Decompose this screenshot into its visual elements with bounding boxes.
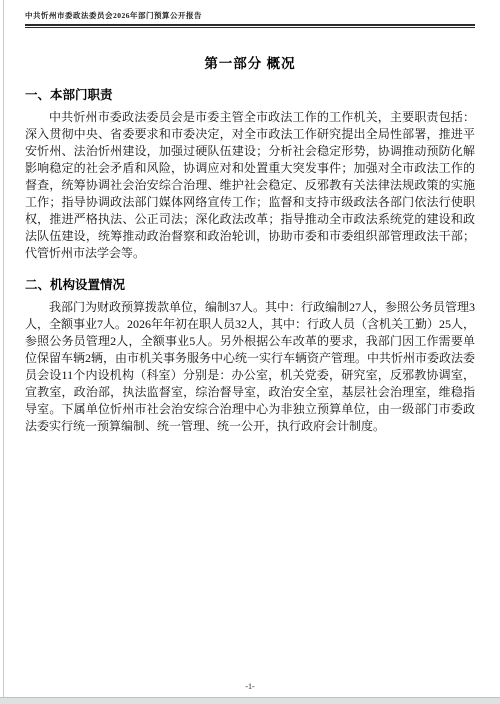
page-content: 中共忻州市委政法委员会2026年部门预算公开报告 第一部分 概况 一、本部门职责…	[0, 0, 500, 435]
section-heading-duties: 一、本部门职责	[25, 85, 475, 103]
section-paragraph-organization: 我部门为财政预算拨款单位，编制37人。其中：行政编制27人，参照公务员管理3人，…	[25, 299, 475, 435]
header-title: 中共忻州市委政法委员会2026年部门预算公开报告	[25, 10, 475, 24]
page-number: -1-	[245, 682, 254, 691]
section-heading-organization: 二、机构设置情况	[25, 275, 475, 293]
header-rule-thin	[25, 27, 475, 28]
page-footer: -1-	[0, 682, 500, 691]
page-bottom-edge	[0, 697, 500, 704]
document-page: 中共忻州市委政法委员会2026年部门预算公开报告 第一部分 概况 一、本部门职责…	[0, 0, 500, 704]
header-rule-thick	[25, 24, 475, 26]
doc-title: 第一部分 概况	[25, 52, 475, 72]
section-paragraph-duties: 中共忻州市委政法委员会是市委主管全市政法工作的工作机关，主要职责包括：深入贯彻中…	[25, 109, 475, 262]
page-header: 中共忻州市委政法委员会2026年部门预算公开报告	[25, 10, 475, 28]
page-left-edge	[3, 0, 4, 697]
